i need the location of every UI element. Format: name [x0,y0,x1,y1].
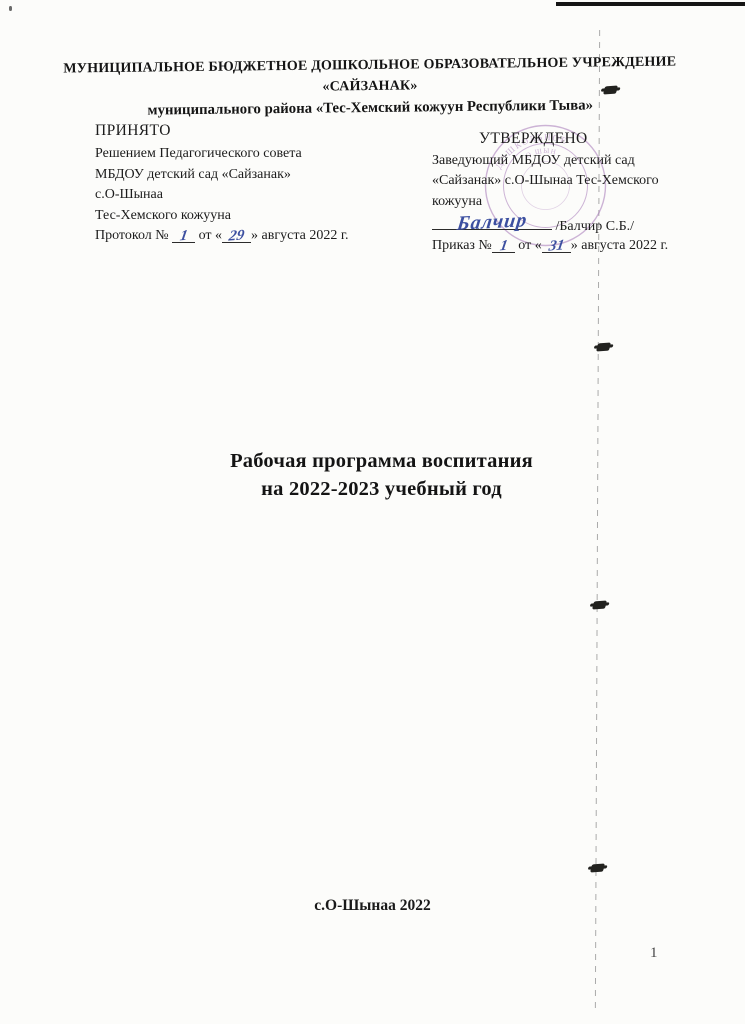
protocol-number-slot: 1 [172,231,195,243]
protocol-day-handwritten: 29 [228,230,245,242]
approved-title: УТВЕРЖДЕНО [479,129,694,149]
accepted-line: Решением Педагогического совета [95,144,385,164]
protocol-suffix: » августа 2022 г. [251,228,348,243]
document-title-line1: Рабочая программа воспитания [9,447,745,475]
handwritten-signature: Балчир [456,210,529,234]
scan-edge-line [556,2,745,6]
accepted-line: Тес-Хемского кожууна [95,206,385,226]
approved-block: УТВЕРЖДЕНО Заведующий МБДОУ детский сад … [432,129,694,256]
ink-blot [590,863,605,872]
order-number-handwritten: 1 [499,241,508,253]
ink-blot [596,342,611,351]
protocol-day-slot: 29 [222,231,251,243]
accepted-block: ПРИНЯТО Решением Педагогического совета … [95,121,385,246]
institution-name: МУНИЦИПАЛЬНОЕ БЮДЖЕТНОЕ ДОШКОЛЬНОЕ ОБРАЗ… [40,51,700,100]
order-prefix: Приказ № [432,238,492,253]
signature-row: Балчир /Балчир С.Б./ [432,214,694,236]
order-number-slot: 1 [492,241,515,253]
accepted-line: с.О-Шынаа [95,185,385,205]
order-day-handwritten: 31 [548,240,565,252]
scan-speck [9,6,12,11]
order-day-slot: 31 [542,241,571,253]
protocol-prefix: Протокол № [95,228,169,243]
footer-place-year: с.О-Шынаа 2022 [0,897,745,915]
accepted-title: ПРИНЯТО [95,121,385,141]
approved-line: «Сайзанак» с.О-Шынаа Тес-Хемского [432,171,694,191]
scanned-document-page: МУНИЦИПАЛЬНОЕ БЮДЖЕТНОЕ ДОШКОЛЬНОЕ ОБРАЗ… [0,0,745,1024]
protocol-number-handwritten: 1 [179,231,188,243]
approved-line: кожууна [432,192,694,212]
ink-blot [592,600,607,609]
approved-line: Заведующий МБДОУ детский сад [432,151,694,171]
order-mid: от « [515,238,542,253]
accepted-line: МБДОУ детский сад «Сайзанак» [95,165,385,185]
protocol-line: Протокол № 1 от «29» августа 2022 г. [95,226,385,246]
document-title-line2: на 2022-2023 учебный год [9,475,745,503]
order-line: Приказ №1 от «31» августа 2022 г. [432,236,694,256]
order-suffix: » августа 2022 г. [571,238,668,253]
signature-transcript: /Балчир С.Б./ [556,219,635,234]
signature-line: Балчир [432,214,552,230]
protocol-mid: от « [199,228,222,243]
institution-header: МУНИЦИПАЛЬНОЕ БЮДЖЕТНОЕ ДОШКОЛЬНОЕ ОБРАЗ… [40,51,701,122]
page-number: 1 [650,945,658,962]
document-title: Рабочая программа воспитания на 2022-202… [9,447,745,503]
